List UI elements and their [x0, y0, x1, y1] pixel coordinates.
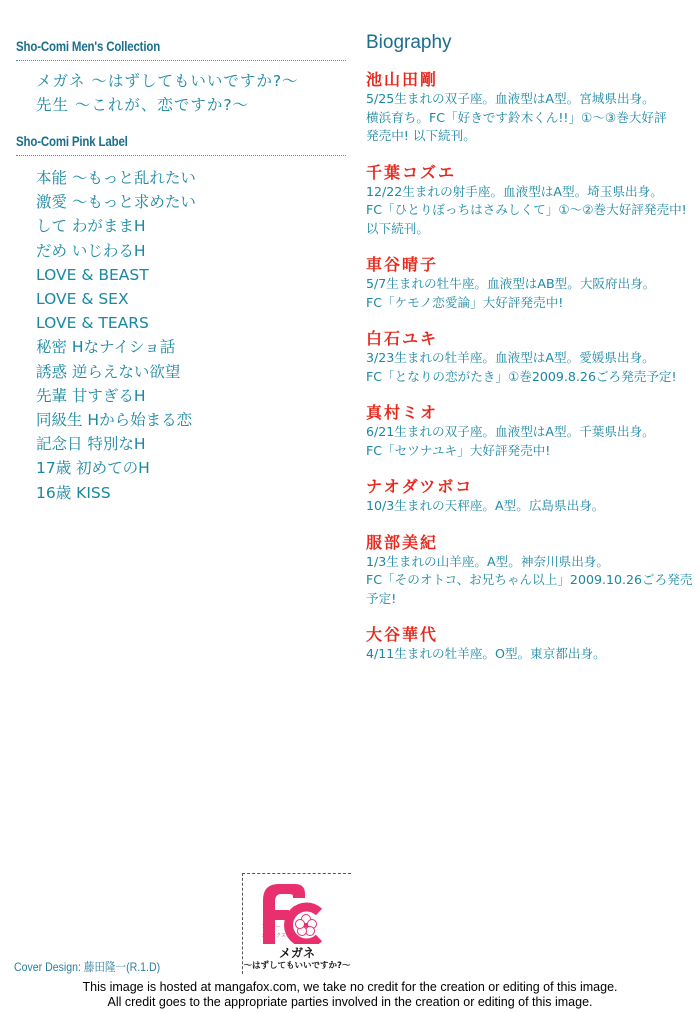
- bio-line: 10/3生まれの天秤座。A型。広島県出身。: [366, 497, 700, 516]
- biography-column: Biography 池山田剛 5/25生まれの双子座。血液型はA型。宮城県出身。…: [366, 30, 700, 681]
- list-item: LOVE & TEARS: [36, 311, 346, 335]
- bio-line: FC「そのオトコ、お兄ちゃん以上」2009.10.26ごろ発売: [366, 571, 700, 590]
- bio-line: FC「となりの恋がたき」①巻2009.8.26ごろ発売予定!: [366, 368, 700, 387]
- bio-line: 予定!: [366, 590, 700, 609]
- author-name: 車谷晴子: [366, 255, 700, 275]
- cover-design-credit: Cover Design: 藤田隆一(R.1.D): [14, 958, 160, 975]
- flower-comics-fc-logo-icon: フラワー コミックス: [259, 882, 325, 944]
- bio-line: FC「ひとりぼっちはさみしくて」①～②巻大好評発売中!: [366, 201, 700, 220]
- list-item: 記念日 特別なH: [36, 432, 346, 456]
- dotted-divider: [16, 60, 346, 61]
- author-name: 服部美紀: [366, 533, 700, 553]
- bio-line: 12/22生まれの射手座。血液型はA型。埼玉県出身。: [366, 183, 700, 202]
- list-item: 先生 ～これが、恋ですか?～: [36, 93, 346, 117]
- left-column: Sho-Comi Men's Collection メガネ ～はずしてもいいです…: [16, 36, 346, 505]
- svg-text:フラワー: フラワー: [261, 924, 281, 930]
- list-item: 先輩 甘すぎるH: [36, 384, 346, 408]
- bio-entry: 真村ミオ 6/21生まれの双子座。血液型はA型。千葉県出身。 FC「セツナユキ」…: [366, 403, 700, 460]
- bio-line: 5/25生まれの双子座。血液型はA型。宮城県出身。: [366, 90, 700, 109]
- list-item: 17歳 初めてのH: [36, 456, 346, 480]
- bio-entry: 大谷華代 4/11生まれの牡羊座。O型。東京都出身。: [366, 625, 700, 664]
- bio-line: 5/7生まれの牡牛座。血液型はAB型。大阪府出身。: [366, 275, 700, 294]
- list-item: して わがままH: [36, 214, 346, 238]
- bio-entry: 車谷晴子 5/7生まれの牡牛座。血液型はAB型。大阪府出身。 FC「ケモノ恋愛論…: [366, 255, 700, 312]
- bio-entry: ナオダツボコ 10/3生まれの天秤座。A型。広島県出身。: [366, 477, 700, 516]
- list-item: LOVE & BEAST: [36, 263, 346, 287]
- flower-comics-logo-box: フラワー コミックス メガネ ～はずしてもいいですか?～: [242, 873, 351, 974]
- biography-heading: Biography: [366, 30, 700, 56]
- author-name: 千葉コズエ: [366, 163, 700, 183]
- svg-text:コミックス: コミックス: [261, 933, 286, 939]
- author-name: 白石ユキ: [366, 329, 700, 349]
- list-item: 秘密 Hなナイショ話: [36, 335, 346, 359]
- list-item: 本能 ～もっと乱れたい: [36, 166, 346, 190]
- bio-entry: 白石ユキ 3/23生まれの牡羊座。血液型はA型。愛媛県出身。 FC「となりの恋が…: [366, 329, 700, 386]
- mens-collection-section: Sho-Comi Men's Collection メガネ ～はずしてもいいです…: [16, 36, 346, 117]
- bio-entry: 服部美紀 1/3生まれの山羊座。A型。神奈川県出身。 FC「そのオトコ、お兄ちゃ…: [366, 533, 700, 609]
- author-name: 真村ミオ: [366, 403, 700, 423]
- bio-line: 1/3生まれの山羊座。A型。神奈川県出身。: [366, 553, 700, 572]
- list-item: だめ いじわるH: [36, 239, 346, 263]
- mens-collection-list: メガネ ～はずしてもいいですか?～ 先生 ～これが、恋ですか?～: [16, 69, 346, 117]
- bio-line: 3/23生まれの牡羊座。血液型はA型。愛媛県出身。: [366, 349, 700, 368]
- dotted-divider: [16, 155, 346, 156]
- bio-line: FC「セツナユキ」大好評発売中!: [366, 442, 700, 461]
- list-item: メガネ ～はずしてもいいですか?～: [36, 69, 346, 93]
- bio-line: 6/21生まれの双子座。血液型はA型。千葉県出身。: [366, 423, 700, 442]
- list-item: 同級生 Hから始まる恋: [36, 408, 346, 432]
- bio-line: FC「ケモノ恋愛論」大好評発売中!: [366, 294, 700, 313]
- bio-entry: 千葉コズエ 12/22生まれの射手座。血液型はA型。埼玉県出身。 FC「ひとりぼ…: [366, 163, 700, 239]
- author-name: 池山田剛: [366, 70, 700, 90]
- bio-line: 横浜育ち。FC「好きです鈴木くん!!」①～③巻大好評: [366, 109, 700, 128]
- bio-line: 4/11生まれの牡羊座。O型。東京都出身。: [366, 645, 700, 664]
- hosting-watermark: This image is hosted at mangafox.com, we…: [0, 980, 700, 1010]
- logo-title: メガネ: [243, 947, 351, 960]
- bio-line: 発売中! 以下続刊。: [366, 127, 700, 146]
- author-name: ナオダツボコ: [366, 477, 700, 497]
- watermark-line-1: This image is hosted at mangafox.com, we…: [0, 980, 700, 995]
- pink-label-list: 本能 ～もっと乱れたい 激愛 ～もっと求めたい して わがままH だめ いじわる…: [16, 166, 346, 505]
- bio-line: 以下続刊。: [366, 220, 700, 239]
- watermark-line-2: All credit goes to the appropriate parti…: [0, 995, 700, 1010]
- section-title-mens-collection: Sho-Comi Men's Collection: [16, 36, 287, 56]
- list-item: LOVE & SEX: [36, 287, 346, 311]
- list-item: 16歳 KISS: [36, 481, 346, 505]
- logo-subtitle: ～はずしてもいいですか?～: [243, 961, 351, 971]
- pink-label-section: Sho-Comi Pink Label 本能 ～もっと乱れたい 激愛 ～もっと求…: [16, 131, 346, 505]
- list-item: 誘惑 逆らえない欲望: [36, 360, 346, 384]
- list-item: 激愛 ～もっと求めたい: [36, 190, 346, 214]
- section-title-pink-label: Sho-Comi Pink Label: [16, 131, 287, 151]
- bio-entry: 池山田剛 5/25生まれの双子座。血液型はA型。宮城県出身。 横浜育ち。FC「好…: [366, 70, 700, 146]
- author-name: 大谷華代: [366, 625, 700, 645]
